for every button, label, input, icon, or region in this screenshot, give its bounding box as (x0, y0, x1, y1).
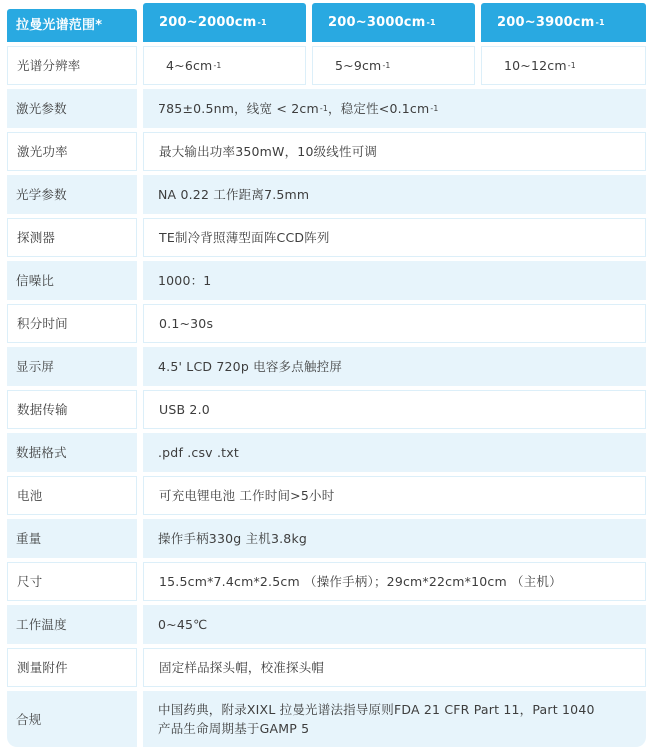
row-value: 785±0.5nm，线宽 < 2cm-1，稳定性<0.1cm-1 (143, 89, 646, 128)
row-label: 光学参数 (7, 175, 137, 214)
table-row: 电池可充电锂电池 工作时间>5小时 (7, 476, 646, 515)
row-value: TE制冷背照薄型面阵CCD阵列 (143, 218, 646, 257)
header-range-column-3: 200~3900cm-1 (481, 3, 646, 42)
table-row: 工作温度0~45℃ (7, 605, 646, 644)
row-label: 重量 (7, 519, 137, 558)
row-value: 0.1~30s (143, 304, 646, 343)
row-value: 操作手柄330g 主机3.8kg (143, 519, 646, 558)
row-value: 中国药典，附录XIXL 拉曼光谱法指导原则FDA 21 CFR Part 11，… (143, 691, 646, 747)
table-row: 测量附件固定样品探头帽，校准探头帽 (7, 648, 646, 687)
header-range-column-2: 200~3000cm-1 (312, 3, 475, 42)
table-row: 探测器TE制冷背照薄型面阵CCD阵列 (7, 218, 646, 257)
table-row: 尺寸15.5cm*7.4cm*2.5cm （操作手柄）；29cm*22cm*10… (7, 562, 646, 601)
table-body: 光谱分辨率4~6cm-15~9cm-110~12cm-1激光参数785±0.5n… (7, 46, 646, 747)
spec-sheet-page: 拉曼光谱范围* 200~2000cm-1 200~3000cm-1 200~39… (0, 0, 649, 748)
row-label: 电池 (7, 476, 137, 515)
row-value: 固定样品探头帽，校准探头帽 (143, 648, 646, 687)
header-label-cell: 拉曼光谱范围* (7, 9, 137, 42)
table-row: 显示屏4.5' LCD 720p 电容多点触控屏 (7, 347, 646, 386)
row-value: 15.5cm*7.4cm*2.5cm （操作手柄）；29cm*22cm*10cm… (143, 562, 646, 601)
table-row: 激光功率最大输出功率350mW，10级线性可调 (7, 132, 646, 171)
table-header-row: 拉曼光谱范围* 200~2000cm-1 200~3000cm-1 200~39… (7, 3, 646, 42)
table-row: 信噪比1000：1 (7, 261, 646, 300)
table-row: 数据格式.pdf .csv .txt (7, 433, 646, 472)
row-label: 合规 (7, 691, 137, 747)
table-row: 光谱分辨率4~6cm-15~9cm-110~12cm-1 (7, 46, 646, 85)
table-row: 重量操作手柄330g 主机3.8kg (7, 519, 646, 558)
row-label: 探测器 (7, 218, 137, 257)
table-row: 合规中国药典，附录XIXL 拉曼光谱法指导原则FDA 21 CFR Part 1… (7, 691, 646, 747)
row-value: 最大输出功率350mW，10级线性可调 (143, 132, 646, 171)
table-row: 数据传输USB 2.0 (7, 390, 646, 429)
table-row: 激光参数785±0.5nm，线宽 < 2cm-1，稳定性<0.1cm-1 (7, 89, 646, 128)
row-value: 10~12cm-1 (481, 46, 646, 85)
row-value: 1000：1 (143, 261, 646, 300)
row-label: 激光参数 (7, 89, 137, 128)
row-value: USB 2.0 (143, 390, 646, 429)
row-value: .pdf .csv .txt (143, 433, 646, 472)
row-label: 激光功率 (7, 132, 137, 171)
row-label: 测量附件 (7, 648, 137, 687)
row-label: 尺寸 (7, 562, 137, 601)
table-row: 积分时间0.1~30s (7, 304, 646, 343)
row-value: 5~9cm-1 (312, 46, 475, 85)
row-value: 可充电锂电池 工作时间>5小时 (143, 476, 646, 515)
row-label: 数据传输 (7, 390, 137, 429)
row-value: 4.5' LCD 720p 电容多点触控屏 (143, 347, 646, 386)
row-value: 4~6cm-1 (143, 46, 306, 85)
row-value: 0~45℃ (143, 605, 646, 644)
row-label: 数据格式 (7, 433, 137, 472)
row-label: 信噪比 (7, 261, 137, 300)
row-label: 积分时间 (7, 304, 137, 343)
row-value: NA 0.22 工作距离7.5mm (143, 175, 646, 214)
row-label: 光谱分辨率 (7, 46, 137, 85)
header-range-column-1: 200~2000cm-1 (143, 3, 306, 42)
row-label: 工作温度 (7, 605, 137, 644)
spec-table: 拉曼光谱范围* 200~2000cm-1 200~3000cm-1 200~39… (7, 3, 646, 747)
table-row: 光学参数NA 0.22 工作距离7.5mm (7, 175, 646, 214)
row-label: 显示屏 (7, 347, 137, 386)
